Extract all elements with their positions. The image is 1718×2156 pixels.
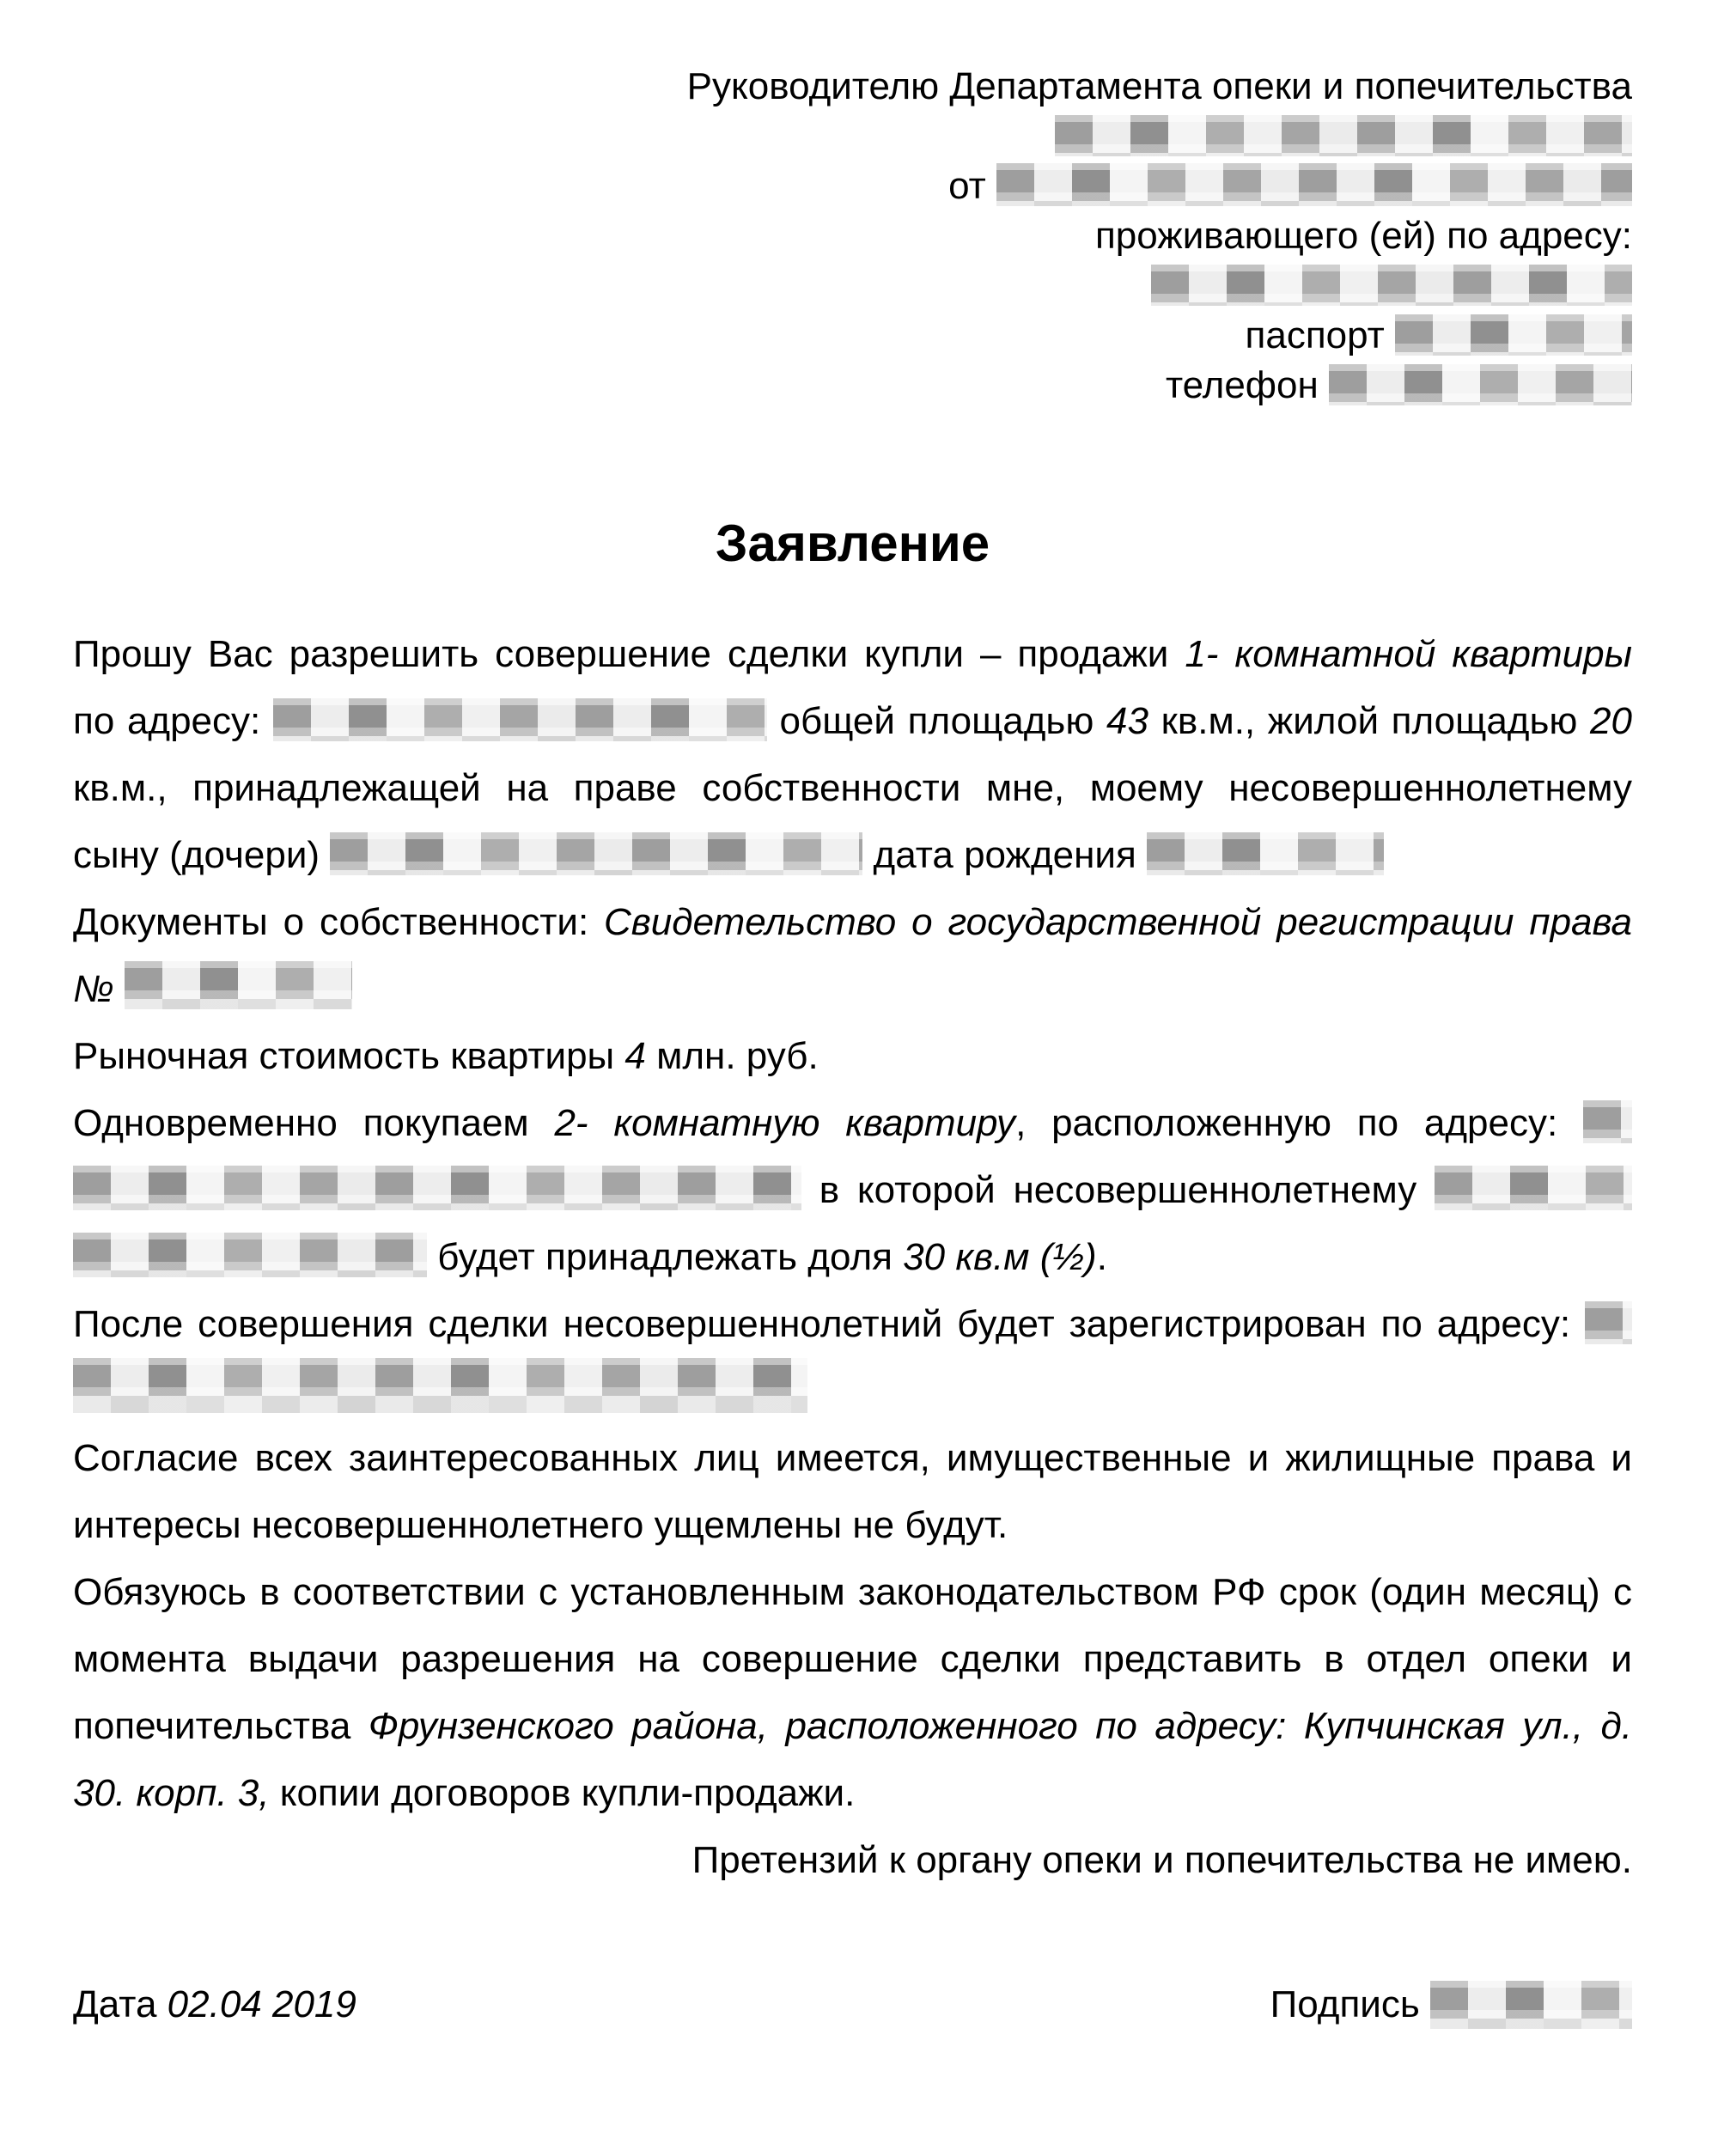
- body-line: Обязуюсь в соответствии с установленным …: [73, 1559, 1632, 1626]
- redacted-blur: [273, 698, 767, 741]
- text-run: сыну (дочери): [73, 834, 330, 876]
- text-run: копии договоров купли-продажи.: [269, 1772, 855, 1814]
- text-run: После совершения сделки несовершеннолетн…: [73, 1303, 1585, 1345]
- redacted-blur: [1435, 1166, 1632, 1210]
- text-run: попечительства: [73, 1705, 369, 1747]
- italic-text-run: 20: [1590, 700, 1632, 742]
- text-run: Одновременно покупаем: [73, 1102, 554, 1144]
- body-line: момента выдачи разрешения на совершение …: [73, 1626, 1632, 1693]
- text-run: телефон: [1166, 364, 1329, 406]
- text-run: в которой несовершеннолетнему: [801, 1169, 1435, 1211]
- body-line: Согласие всех заинтересованных лиц имеет…: [73, 1425, 1632, 1492]
- italic-text-run: 43: [1106, 700, 1148, 742]
- body-line: Прошу Вас разрешить совершение сделки ку…: [73, 621, 1632, 688]
- redacted-blur: [1147, 832, 1384, 875]
- text-run: от: [948, 165, 996, 207]
- italic-text-run: №: [73, 968, 125, 1010]
- header-line: телефон: [0, 361, 1632, 411]
- text-run: паспорт: [1246, 314, 1395, 356]
- application-document-page: Руководителю Департамента опеки и попечи…: [0, 0, 1718, 2156]
- redacted-blur: [996, 163, 1632, 206]
- redacted-blur: [1430, 1981, 1632, 2029]
- addressee-header-block: Руководителю Департамента опеки и попечи…: [0, 0, 1718, 411]
- italic-text-run: 02.04 2019: [168, 1983, 356, 2025]
- document-body: Прошу Вас разрешить совершение сделки ку…: [73, 621, 1632, 1894]
- signature-line: Подпись: [1270, 1971, 1632, 2038]
- header-line: Руководителю Департамента опеки и попечи…: [0, 62, 1632, 112]
- redacted-blur: [1055, 115, 1632, 156]
- body-line: будет принадлежать доля 30 кв.м (½).: [73, 1224, 1632, 1291]
- body-line: №: [73, 956, 1632, 1023]
- text-run: Прошу Вас разрешить совершение сделки ку…: [73, 633, 1185, 675]
- redacted-blur: [330, 832, 862, 875]
- body-line: Одновременно покупаем 2- комнатную кварт…: [73, 1090, 1632, 1157]
- header-line: проживающего (ей) по адресу:: [0, 211, 1632, 261]
- body-line: по адресу: общей площадью 43 кв.м., жило…: [73, 688, 1632, 755]
- header-line: от: [0, 161, 1632, 211]
- text-run: Подпись: [1270, 1983, 1430, 2025]
- italic-text-run: 1- комнатной квартиры: [1185, 633, 1632, 675]
- text-run: Руководителю Департамента опеки и попечи…: [687, 65, 1632, 107]
- text-run: интересы несовершеннолетнего ущемлены не…: [73, 1504, 1008, 1546]
- text-run: Дата: [73, 1983, 168, 2025]
- text-run: по адресу:: [73, 700, 273, 742]
- body-line: [73, 1358, 1632, 1425]
- document-footer: Дата 02.04 2019 Подпись: [73, 1971, 1632, 2038]
- text-run: проживающего (ей) по адресу:: [1095, 215, 1632, 257]
- text-run: будет принадлежать доля: [427, 1236, 903, 1278]
- body-line: в которой несовершеннолетнему: [73, 1157, 1632, 1224]
- text-run: момента выдачи разрешения на совершение …: [73, 1638, 1632, 1680]
- body-line: сыну (дочери) дата рождения: [73, 822, 1632, 889]
- italic-text-run: Свидетельство о государственной регистра…: [604, 901, 1632, 943]
- redacted-blur: [1151, 265, 1632, 306]
- date-line: Дата 02.04 2019: [73, 1971, 356, 2038]
- redacted-blur: [73, 1233, 427, 1277]
- italic-text-run: Фрунзенского района, расположенного по а…: [369, 1705, 1632, 1747]
- text-run: Согласие всех заинтересованных лиц имеет…: [73, 1437, 1632, 1479]
- document-title: Заявление: [73, 512, 1632, 576]
- italic-text-run: 30. корп. 3,: [73, 1772, 269, 1814]
- text-run: кв.м., жилой площадью: [1148, 700, 1590, 742]
- body-line: кв.м., принадлежащей на праве собственно…: [73, 755, 1632, 822]
- italic-text-run: 30 кв.м (½): [903, 1236, 1097, 1278]
- redacted-blur: [1585, 1301, 1632, 1344]
- redacted-blur: [1583, 1100, 1632, 1143]
- body-line: 30. корп. 3, копии договоров купли-прода…: [73, 1760, 1632, 1827]
- header-line: [0, 112, 1632, 161]
- header-line: паспорт: [0, 311, 1632, 361]
- text-run: кв.м., принадлежащей на праве собственно…: [73, 767, 1632, 809]
- text-run: Обязуюсь в соответствии с установленным …: [73, 1571, 1632, 1613]
- text-run: .: [1097, 1236, 1107, 1278]
- text-run: Документы о собственности:: [73, 901, 604, 943]
- redacted-blur: [1395, 314, 1632, 356]
- text-run: млн. руб.: [646, 1035, 819, 1077]
- text-run: Претензий к органу опеки и попечительств…: [692, 1839, 1632, 1881]
- header-line: [0, 261, 1632, 311]
- text-run: , расположенную по адресу:: [1015, 1102, 1583, 1144]
- text-run: общей площадью: [767, 700, 1106, 742]
- body-line: интересы несовершеннолетнего ущемлены не…: [73, 1492, 1632, 1559]
- body-line: Рыночная стоимость квартиры 4 млн. руб.: [73, 1023, 1632, 1090]
- body-line: Претензий к органу опеки и попечительств…: [73, 1827, 1632, 1894]
- body-line: После совершения сделки несовершеннолетн…: [73, 1291, 1632, 1358]
- text-run: дата рождения: [862, 834, 1147, 876]
- body-line: Документы о собственности: Свидетельство…: [73, 889, 1632, 956]
- redacted-blur: [1329, 364, 1632, 405]
- italic-text-run: 4: [624, 1035, 645, 1077]
- body-line: попечительства Фрунзенского района, расп…: [73, 1693, 1632, 1760]
- document-content: Заявление Прошу Вас разрешить совершение…: [73, 512, 1632, 2038]
- redacted-blur: [73, 1358, 807, 1413]
- italic-text-run: 2- комнатную квартиру: [554, 1102, 1015, 1144]
- redacted-blur: [125, 961, 352, 1009]
- redacted-blur: [73, 1166, 801, 1210]
- text-run: Рыночная стоимость квартиры: [73, 1035, 624, 1077]
